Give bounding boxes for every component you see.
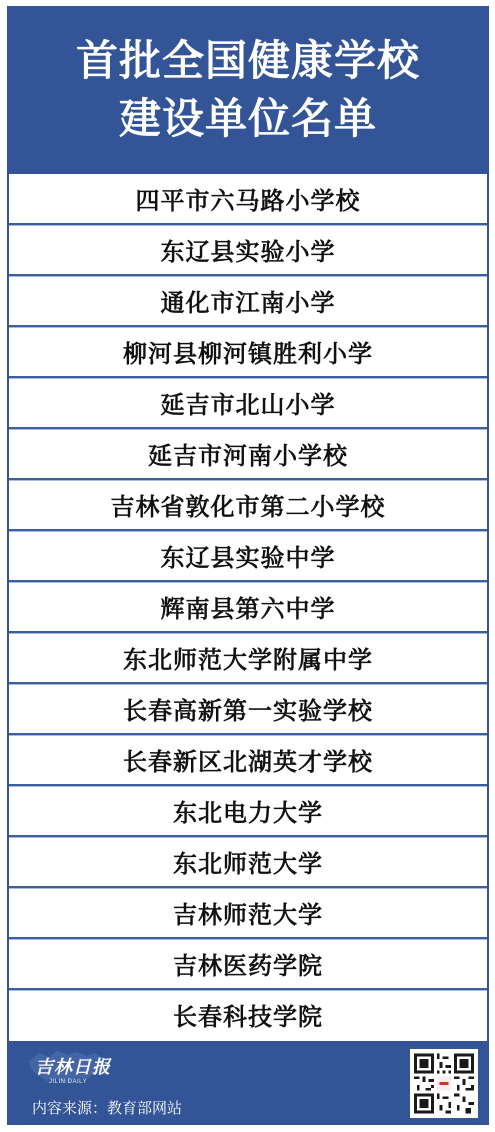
list-item: 吉林省敦化市第二小学校 xyxy=(9,480,487,529)
header: 首批全国健康学校 建设单位名单 xyxy=(7,6,489,174)
list-item: 四平市六马路小学校 xyxy=(9,174,487,223)
footer: 吉林日报 JILIN DAILY 内容来源：教育部网站 xyxy=(7,1041,489,1125)
list-item: 东北电力大学 xyxy=(9,786,487,835)
page-title-line-1: 首批全国健康学校 xyxy=(76,32,420,90)
logo-english-text: JILIN DAILY xyxy=(49,1079,87,1085)
jilin-daily-logo: 吉林日报 JILIN DAILY xyxy=(25,1047,115,1091)
list-item: 延吉市河南小学校 xyxy=(9,429,487,478)
list-item: 柳河县柳河镇胜利小学 xyxy=(9,327,487,376)
list-item: 长春新区北湖英才学校 xyxy=(9,735,487,784)
list-item: 辉南县第六中学 xyxy=(9,582,487,631)
source-text: 内容来源：教育部网站 xyxy=(32,1097,182,1118)
list-item: 延吉市北山小学 xyxy=(9,378,487,427)
list-item: 东北师范大学附属中学 xyxy=(9,633,487,682)
school-list: 四平市六马路小学校 东辽县实验小学 通化市江南小学 柳河县柳河镇胜利小学 延吉市… xyxy=(9,174,487,1041)
page-title-line-2: 建设单位名单 xyxy=(119,90,377,148)
qr-code-icon xyxy=(410,1049,478,1118)
logo-text: 吉林日报 xyxy=(35,1053,111,1079)
list-item: 吉林医药学院 xyxy=(9,939,487,988)
list-item: 东北师范大学 xyxy=(9,837,487,886)
list-item: 通化市江南小学 xyxy=(9,276,487,325)
list-item: 东辽县实验中学 xyxy=(9,531,487,580)
list-item: 长春科技学院 xyxy=(9,990,487,1039)
list-item: 长春高新第一实验学校 xyxy=(9,684,487,733)
infographic-frame: 首批全国健康学校 建设单位名单 四平市六马路小学校 东辽县实验小学 通化市江南小… xyxy=(7,6,489,1125)
list-item: 东辽县实验小学 xyxy=(9,225,487,274)
list-item: 吉林师范大学 xyxy=(9,888,487,937)
